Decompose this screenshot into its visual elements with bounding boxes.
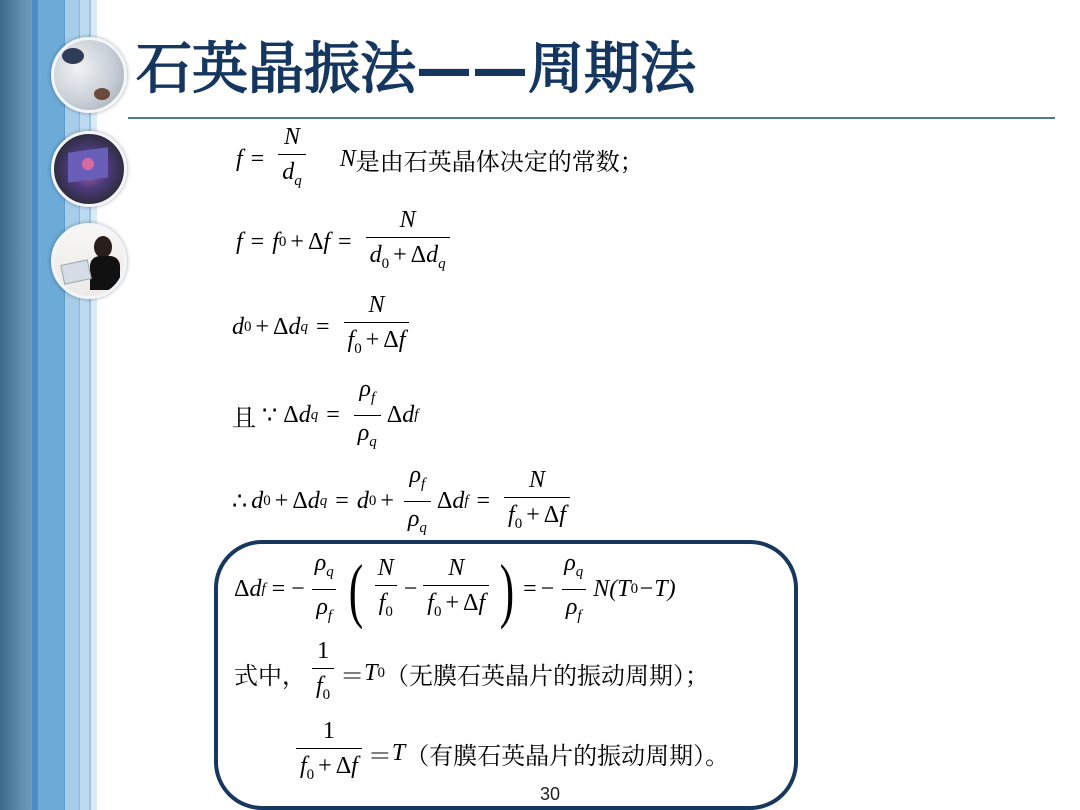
period-difference-end: −T): [638, 576, 676, 603]
delta: Δ: [411, 242, 426, 268]
subscript: q: [438, 256, 446, 272]
fraction: N dq: [278, 122, 306, 196]
equals: =: [251, 229, 265, 256]
equation-period-no-film: 式中， 1 f0 ＝ T0 （无膜石英晶片的振动周期）；: [234, 636, 709, 710]
var-rho: ρ: [359, 376, 371, 402]
numerator: N: [374, 553, 398, 585]
subscript: q: [326, 564, 334, 580]
equation-note: （有膜石英晶片的振动周期）。: [405, 736, 729, 771]
equation-therefore: ∴ d0 + Δdq = d0 + ρf ρq Δdf = N f0+Δf: [232, 460, 576, 543]
var-rho: ρ: [315, 550, 327, 576]
denominator: f0+Δf: [296, 748, 362, 790]
subscript: 0: [323, 687, 331, 703]
var-f: f: [272, 229, 279, 256]
delta: Δ: [336, 753, 351, 779]
denominator: f0: [375, 585, 397, 627]
plus: +: [318, 753, 332, 779]
subscript: q: [300, 319, 308, 336]
minus: −: [291, 576, 305, 603]
subscript: q: [369, 434, 377, 450]
denominator: ρf: [312, 589, 336, 631]
right-paren: ): [500, 554, 514, 626]
denominator: ρq: [404, 501, 431, 543]
subscript: 0: [279, 234, 287, 251]
var-f: f: [316, 673, 323, 699]
therefore-symbol: ∴: [232, 487, 247, 516]
fraction: ρf ρq: [354, 374, 381, 457]
plus: +: [256, 314, 270, 341]
var-d: d: [299, 402, 311, 429]
var-N: N: [340, 146, 356, 173]
where-text: 式中，: [234, 656, 306, 691]
delta: Δ: [463, 590, 478, 616]
plus: +: [290, 229, 304, 256]
var-T: T: [364, 660, 377, 687]
equals: =: [326, 402, 340, 429]
denominator: f0+Δf: [344, 322, 410, 364]
subscript: q: [294, 173, 302, 189]
fraction: ρq ρf: [560, 548, 587, 631]
var-d: d: [288, 314, 300, 341]
slide-title: 石英晶振法——周期法: [136, 30, 696, 110]
subscript: f: [328, 608, 332, 624]
subscript: 0: [307, 767, 315, 783]
subscript: q: [311, 407, 319, 424]
subscript: q: [576, 564, 584, 580]
var-d: d: [249, 576, 261, 603]
fraction: N f0+Δf: [504, 465, 570, 539]
delta: Δ: [383, 327, 398, 353]
numerator: 1: [313, 636, 333, 668]
plus: +: [445, 590, 459, 616]
var-f: f: [427, 590, 434, 616]
subscript: f: [464, 493, 468, 510]
subscript: 0: [631, 581, 639, 598]
var-d: d: [370, 242, 382, 268]
denominator: ρf: [562, 589, 586, 631]
var-rho: ρ: [408, 506, 420, 532]
subscript: f: [421, 476, 425, 492]
left-stripe: [91, 0, 97, 810]
var-f: f: [323, 229, 330, 256]
woman-with-tablet-photo: [51, 223, 127, 299]
equation-note: 是由石英晶体决定的常数；: [356, 142, 644, 177]
minus: −: [541, 576, 555, 603]
var-rho: ρ: [566, 594, 578, 620]
var-f: f: [236, 229, 243, 256]
equation-note: （无膜石英晶片的振动周期）；: [385, 656, 709, 691]
var-f: f: [559, 502, 566, 528]
var-d: d: [232, 314, 244, 341]
fraction: ρq ρf: [311, 548, 338, 631]
var-d: d: [357, 488, 369, 515]
plus: +: [393, 242, 407, 268]
page-number: 30: [540, 784, 560, 805]
equals: ＝: [340, 656, 364, 691]
subscript: 0: [382, 256, 390, 272]
subscript: 0: [263, 493, 271, 510]
var-d: d: [308, 488, 320, 515]
conjunction-text: 且: [232, 398, 256, 433]
var-f: f: [351, 753, 358, 779]
delta: Δ: [437, 488, 452, 515]
subscript: 0: [354, 341, 362, 357]
title-divider: [128, 117, 1055, 119]
denominator: f0+Δf: [423, 585, 489, 627]
denominator: f0: [312, 668, 334, 710]
numerator: ρq: [560, 548, 587, 589]
equals: ＝: [368, 736, 392, 771]
numerator: N: [396, 205, 420, 237]
var-d: d: [426, 242, 438, 268]
var-T: T: [392, 740, 405, 767]
numerator: N: [525, 465, 549, 497]
var-rho: ρ: [316, 594, 328, 620]
subscript: 0: [244, 319, 252, 336]
var-f: f: [478, 590, 485, 616]
var-f: f: [300, 753, 307, 779]
delta: Δ: [234, 576, 249, 603]
subscript: 0: [434, 604, 442, 620]
subscript: 0: [385, 604, 393, 620]
var-f: f: [508, 502, 515, 528]
var-d: d: [282, 159, 294, 185]
machinery-photo: [51, 37, 127, 113]
delta: Δ: [387, 402, 402, 429]
equation-frequency-shift: f = f0 + Δf = N d0+Δdq: [236, 205, 456, 279]
left-stripe: [38, 0, 64, 810]
left-stripe: [80, 0, 89, 810]
fraction: ρf ρq: [404, 460, 431, 543]
denominator: ρq: [354, 415, 381, 457]
fraction: N f0+Δf: [423, 553, 489, 627]
numerator: N: [364, 290, 388, 322]
fraction: 1 f0: [312, 636, 334, 710]
numerator: N: [280, 122, 304, 154]
display-screen-photo: [51, 131, 127, 207]
subscript: f: [261, 581, 265, 598]
denominator: f0+Δf: [504, 497, 570, 539]
subscript: q: [419, 520, 427, 536]
equals: =: [338, 229, 352, 256]
numerator: 1: [319, 716, 339, 748]
numerator: ρf: [406, 460, 430, 501]
fraction: N f0: [374, 553, 398, 627]
delta: Δ: [308, 229, 323, 256]
because-symbol: ∵: [262, 401, 277, 430]
plus: +: [275, 488, 289, 515]
minus: −: [404, 576, 418, 603]
equation-density-relation: 且 ∵ Δdq = ρf ρq Δdf: [232, 374, 418, 457]
equals: =: [523, 576, 537, 603]
period-difference: N(T: [593, 576, 630, 603]
equals: =: [251, 146, 265, 173]
plus: +: [526, 502, 540, 528]
subscript: f: [577, 608, 581, 624]
var-f: f: [236, 146, 243, 173]
subscript: 0: [369, 493, 377, 510]
delta: Δ: [273, 314, 288, 341]
subscript: 0: [378, 665, 386, 682]
equals: =: [316, 314, 330, 341]
subscript: f: [371, 390, 375, 406]
equation-period-with-film: 1 f0+Δf ＝ T （有膜石英晶片的振动周期）。: [290, 716, 729, 790]
fraction: 1 f0+Δf: [296, 716, 362, 790]
delta: Δ: [292, 488, 307, 515]
var-rho: ρ: [410, 462, 422, 488]
var-d: d: [452, 488, 464, 515]
numerator: ρf: [355, 374, 379, 415]
equals: =: [477, 488, 491, 515]
subscript: q: [320, 493, 328, 510]
equals: =: [272, 576, 286, 603]
left-stripe: [65, 0, 79, 810]
var-d: d: [251, 488, 263, 515]
fraction: N d0+Δdq: [366, 205, 450, 279]
fraction: N f0+Δf: [344, 290, 410, 364]
equals: =: [335, 488, 349, 515]
var-rho: ρ: [564, 550, 576, 576]
numerator: N: [444, 553, 468, 585]
var-d: d: [402, 402, 414, 429]
delta: Δ: [544, 502, 559, 528]
equation-film-thickness: Δdf = − ρq ρf ( N f0 − N f0+Δf ) = − ρq …: [234, 548, 676, 631]
subscript: f: [414, 407, 418, 424]
left-paren: (: [349, 554, 363, 626]
equation-frequency-definition: f = N dq N 是由石英晶体决定的常数；: [236, 122, 644, 196]
subscript: 0: [515, 516, 523, 532]
plus: +: [366, 327, 380, 353]
equation-thickness: d0 + Δdq = N f0+Δf: [232, 290, 415, 364]
delta: Δ: [283, 402, 298, 429]
var-f: f: [399, 327, 406, 353]
denominator: d0+Δdq: [366, 237, 450, 279]
plus: +: [380, 488, 394, 515]
denominator: dq: [278, 154, 306, 196]
left-texture-bar: [0, 0, 32, 810]
var-rho: ρ: [358, 420, 370, 446]
numerator: ρq: [311, 548, 338, 589]
